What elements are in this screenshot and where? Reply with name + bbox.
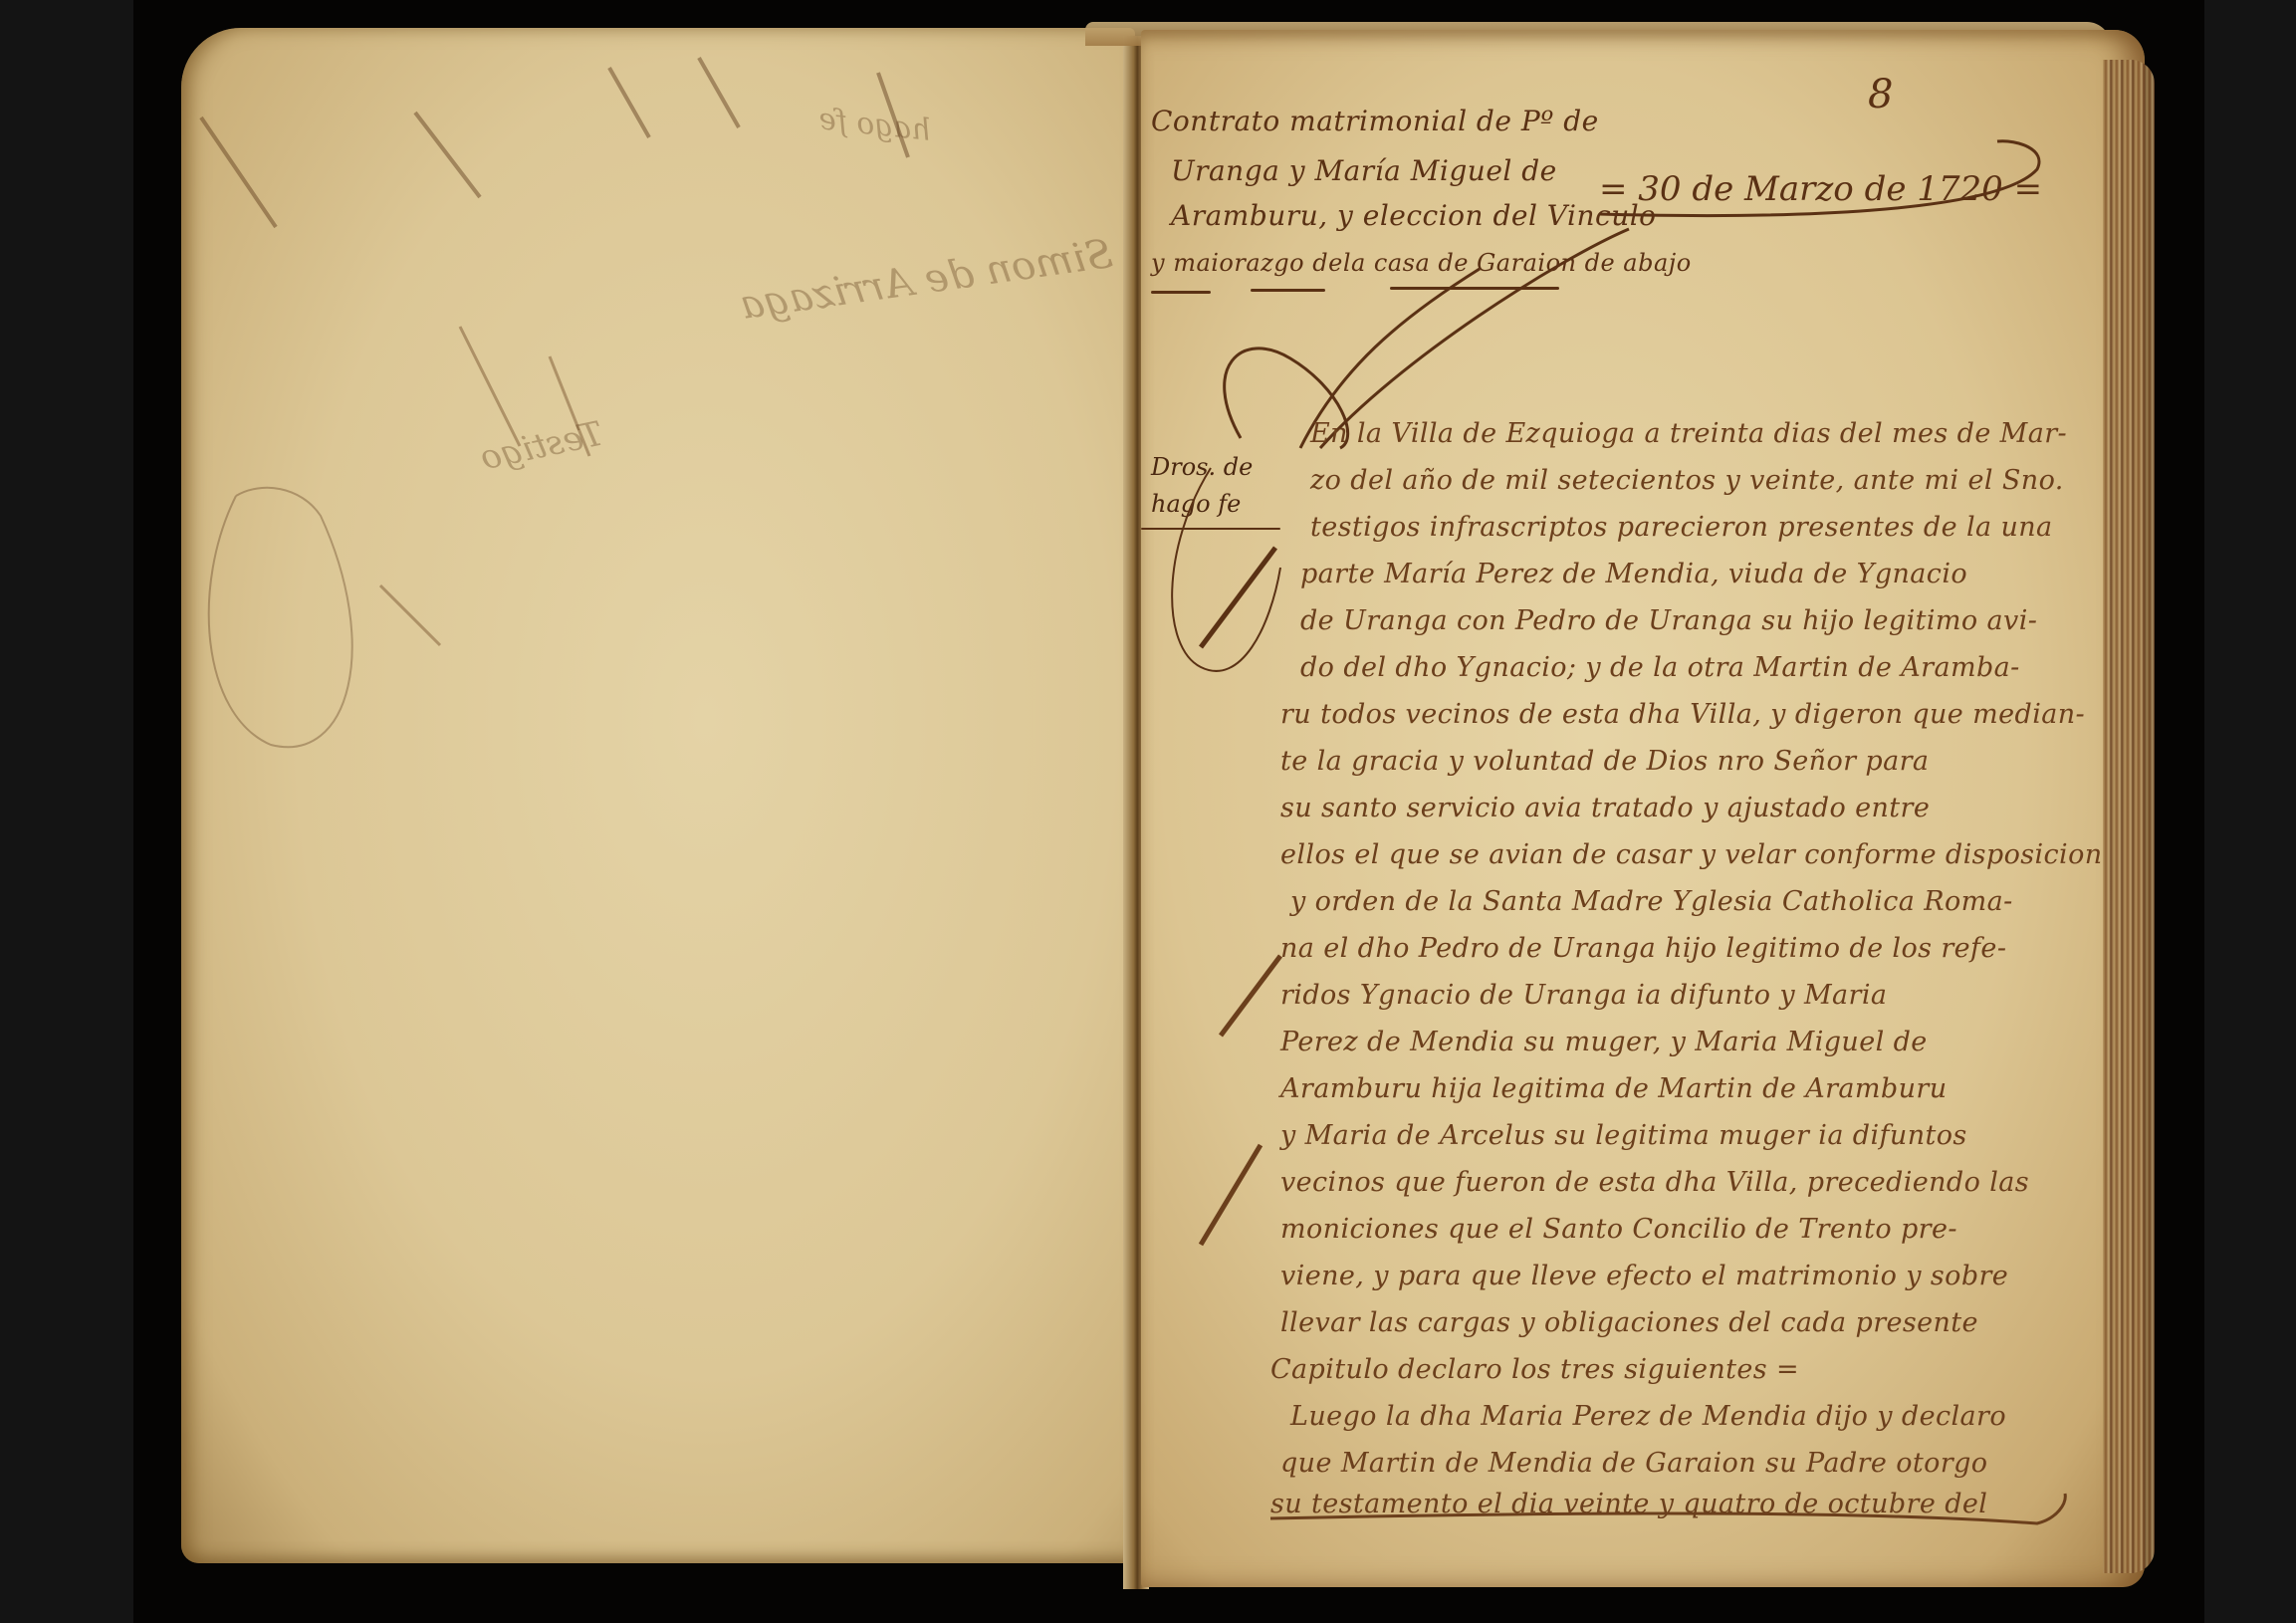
body-line: y orden de la Santa Madre Yglesia Cathol…	[1290, 886, 2013, 917]
body-line: ellos el que se avian de casar y velar c…	[1280, 839, 2103, 870]
left-page: Simon de Arrizaga hago fe Testigo	[181, 28, 1135, 1563]
body-line: Perez de Mendia su muger, y Maria Miguel…	[1280, 1027, 1928, 1057]
body-line: que Martin de Mendia de Garaion su Padre…	[1280, 1448, 1987, 1479]
body-line: viene, y para que lleve efecto el matrim…	[1280, 1261, 2008, 1291]
body-line: Luego la dha Maria Perez de Mendia dijo …	[1290, 1401, 2006, 1432]
body-line: y Maria de Arcelus su legitima muger ia …	[1280, 1120, 1967, 1151]
body-line: parte María Perez de Mendia, viuda de Yg…	[1300, 559, 1967, 589]
body-line: na el dho Pedro de Uranga hijo legitimo …	[1280, 933, 2006, 964]
body-line: su testamento el dia veinte y quatro de …	[1270, 1489, 1987, 1519]
body-line: zo del año de mil setecientos y veinte, …	[1310, 465, 2064, 496]
book-fore-edge	[2103, 60, 2155, 1573]
body-line: vecinos que fueron de esta dha Villa, pr…	[1280, 1167, 2029, 1198]
body-line: llevar las cargas y obligaciones del cad…	[1280, 1307, 1978, 1338]
bleed-through-flourishes	[181, 28, 1135, 1563]
body-line: moniciones que el Santo Concilio de Tren…	[1280, 1214, 1957, 1245]
body-line: su santo servicio avia tratado y ajustad…	[1280, 793, 1930, 823]
body-line: Capitulo declaro los tres siguientes =	[1270, 1354, 1799, 1385]
body-line: testigos infrascriptos parecieron presen…	[1310, 512, 2053, 543]
body-line: ridos Ygnacio de Uranga ia difunto y Mar…	[1280, 980, 1887, 1011]
body-line: do del dho Ygnacio; y de la otra Martin …	[1300, 652, 2020, 683]
right-page: 8 Contrato matrimonial de Pº de Uranga y…	[1141, 30, 2145, 1587]
body-line: Aramburu hija legitima de Martin de Aram…	[1280, 1073, 1948, 1104]
body-line: En la Villa de Ezquioga a treinta dias d…	[1310, 418, 2067, 449]
body-line: ru todos vecinos de esta dha Villa, y di…	[1280, 699, 2085, 730]
body-line: te la gracia y voluntad de Dios nro Seño…	[1280, 746, 1929, 777]
body-line: de Uranga con Pedro de Uranga su hijo le…	[1300, 605, 2037, 636]
